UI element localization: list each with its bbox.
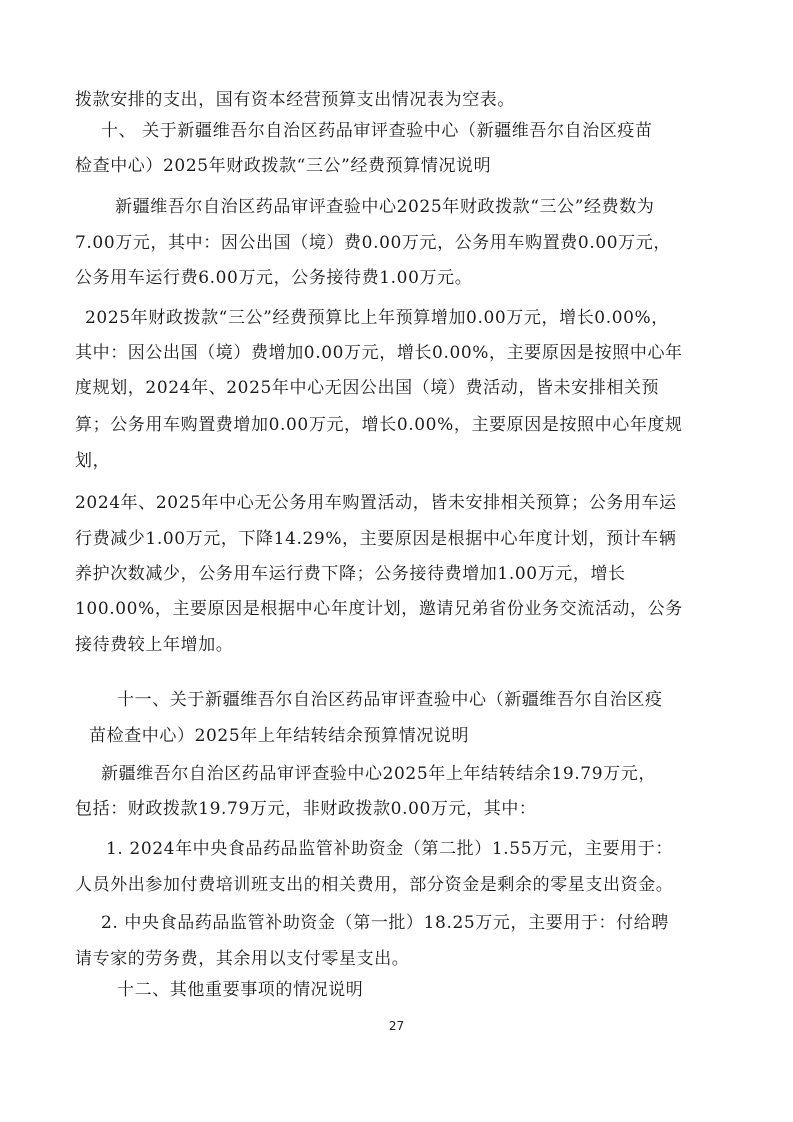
text-line: 2025年财政拨款“三公”经费预算比上年预算增加0.00万元，增长0.00%， (85, 307, 669, 329)
page-number: 27 (0, 1019, 793, 1033)
text-line: 行费减少1.00万元，下降14.29%，主要原因是根据中心年度计划，预计车辆 (75, 528, 676, 550)
text-line: 检查中心）2025年财政拨款“三公”经费预算情况说明 (75, 155, 491, 177)
text-line: 2024年、2025年中心无公务用车购置活动，皆未安排相关预算；公务用车运 (75, 492, 677, 514)
document-page: 拨款安排的支出，国有资本经营预算支出情况表为空表。十、 关于新疆维吾尔自治区药品… (0, 0, 793, 1122)
text-line: 请专家的劳务费，其余用以支付零星支出。 (75, 948, 409, 970)
text-line: 苗检查中心）2025年上年结转结余预算情况说明 (89, 725, 469, 747)
text-line: 1. 2024年中央食品药品监管补助资金（第二批）1.55万元，主要用于： (106, 838, 673, 860)
text-line: 拨款安排的支出，国有资本经营预算支出情况表为空表。 (75, 89, 515, 111)
text-line: 接待费较上年增加。 (75, 634, 233, 656)
text-line: 其中：因公出国（境）费增加0.00万元，增长0.00%，主要原因是按照中心年 (75, 342, 683, 364)
text-line: 十一、关于新疆维吾尔自治区药品审评查验中心（新疆维吾尔自治区疫 (117, 689, 663, 711)
text-line: 包括：财政拨款19.79万元，非财政拨款0.00万元，其中： (75, 798, 537, 820)
text-line: 2. 中央食品药品监管补助资金（第一批）18.25万元，主要用于：付给聘 (101, 912, 669, 934)
text-line: 公务用车运行费6.00万元，公务接待费1.00万元。 (75, 267, 472, 289)
text-line: 划， (75, 450, 110, 472)
text-line: 100.00%，主要原因是根据中心年度计划，邀请兄弟省份业务交流活动，公务 (75, 598, 683, 620)
text-line: 十、 关于新疆维吾尔自治区药品审评查验中心（新疆维吾尔自治区疫苗 (101, 120, 653, 142)
text-line: 7.00万元，其中：因公出国（境）费0.00万元，公务用车购置费0.00万元， (75, 232, 671, 254)
text-line: 人员外出参加付费培训班支出的相关费用，部分资金是剩余的零星支出资金。 (75, 874, 673, 896)
text-line: 度规划，2024年、2025年中心无因公出国（境）费活动，皆未安排相关预 (75, 377, 659, 399)
text-line: 新疆维吾尔自治区药品审评查验中心2025年财政拨款“三公”经费数为 (115, 196, 654, 218)
text-line: 算；公务用车购置费增加0.00万元，增长0.00%，主要原因是按照中心年度规 (75, 414, 683, 436)
text-line: 十二、其他重要事项的情况说明 (117, 979, 363, 1001)
text-line: 新疆维吾尔自治区药品审评查验中心2025年上年结转结余19.79万元， (101, 763, 656, 785)
text-line: 养护次数减少，公务用车运行费下降；公务接待费增加1.00万元，增长 (75, 563, 626, 585)
